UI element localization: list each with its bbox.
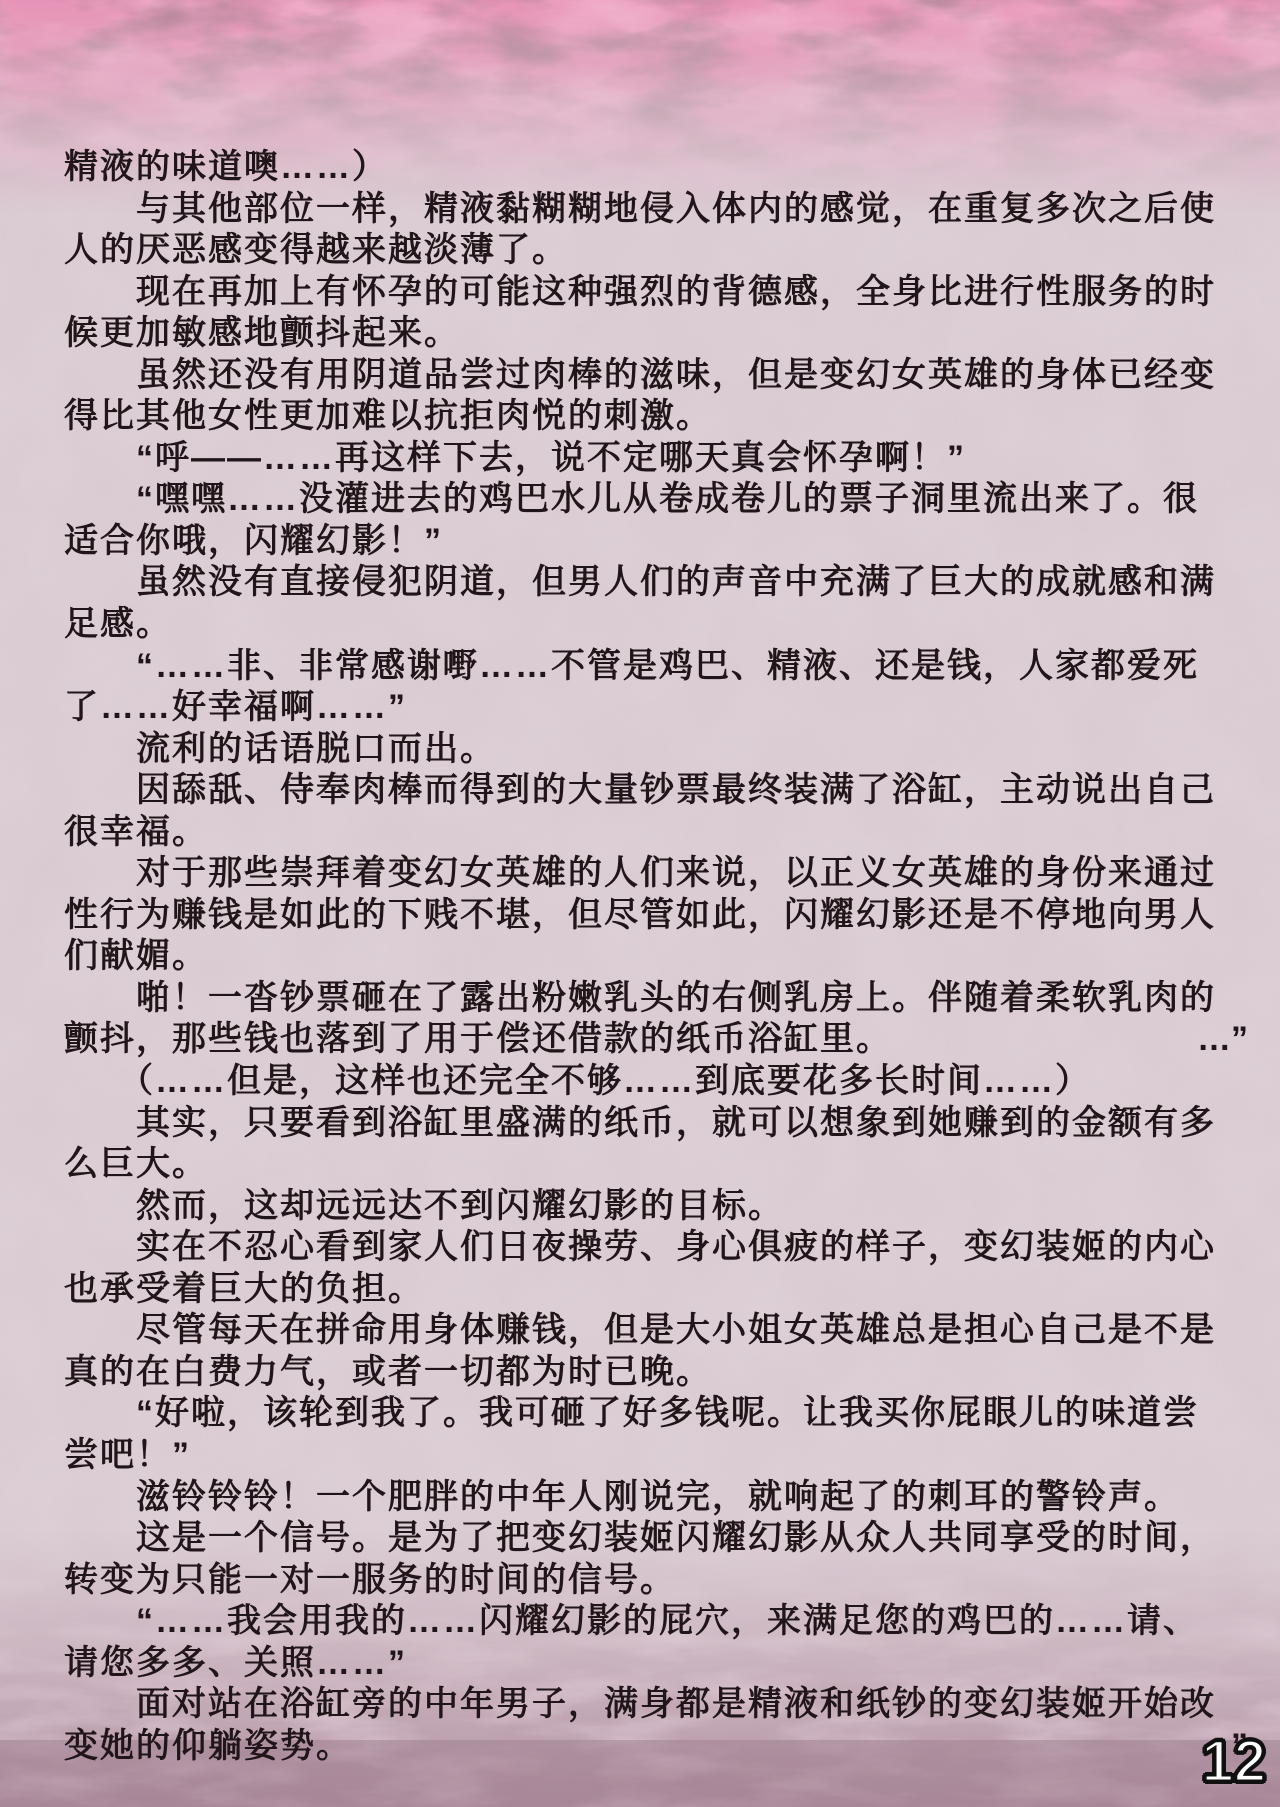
- text-line: 适合你哦，闪耀幻影！”: [64, 521, 1250, 563]
- text-line: 么巨大。: [64, 1144, 1250, 1186]
- text-line-content: “……非、非常感谢嘢……不管是鸡巴、精液、还是钱，人家都爱死: [64, 646, 1199, 688]
- text-line: 变她的仰躺姿势。”: [64, 1726, 1250, 1768]
- text-line: 精液的味道噢……）: [64, 147, 1250, 189]
- text-line-content: 颤抖，那些钱也落到了用于偿还借款的纸币浴缸里。: [64, 1019, 892, 1061]
- text-line-content: 然而，这却远远达不到闪耀幻影的目标。: [64, 1186, 784, 1228]
- text-line-content: 与其他部位一样，精液黏糊糊地侵入体内的感觉，在重复多次之后使: [64, 189, 1216, 231]
- text-line: 啪！一沓钞票砸在了露出粉嫩乳头的右侧乳房上。伴随着柔软乳肉的: [64, 978, 1250, 1020]
- text-line: 们献媚。: [64, 936, 1250, 978]
- text-line: 候更加敏感地颤抖起来。: [64, 313, 1250, 355]
- text-line-content: 对于那些崇拜着变幻女英雄的人们来说，以正义女英雄的身份来通过: [64, 853, 1216, 895]
- text-line-content: 转变为只能一对一服务的时间的信号。: [64, 1560, 676, 1602]
- body-text: 精液的味道噢……） 与其他部位一样，精液黏糊糊地侵入体内的感觉，在重复多次之后使…: [64, 147, 1250, 1767]
- text-line: “嘿嘿……没灌进去的鸡巴水儿从卷成卷儿的票子洞里流出来了。很: [64, 479, 1250, 521]
- text-line: “……我会用我的……闪耀幻影的屁穴，来满足您的鸡巴的……请、: [64, 1601, 1250, 1643]
- text-line-content: 这是一个信号。是为了把变幻装姬闪耀幻影从众人共同享受的时间，: [64, 1518, 1216, 1560]
- novel-page: 精液的味道噢……） 与其他部位一样，精液黏糊糊地侵入体内的感觉，在重复多次之后使…: [0, 0, 1280, 1807]
- text-line: 转变为只能一对一服务的时间的信号。: [64, 1560, 1250, 1602]
- text-line: “好啦，该轮到我了。我可砸了好多钱呢。让我买你屁眼儿的味道尝: [64, 1393, 1250, 1435]
- text-line-content: 们献媚。: [64, 936, 208, 978]
- text-line: 对于那些崇拜着变幻女英雄的人们来说，以正义女英雄的身份来通过: [64, 853, 1250, 895]
- text-line-content: “……我会用我的……闪耀幻影的屁穴，来满足您的鸡巴的……请、: [64, 1601, 1199, 1643]
- page-number: 12: [1201, 1728, 1266, 1795]
- text-line: 因舔舐、侍奉肉棒而得到的大量钞票最终装满了浴缸，主动说出自己: [64, 770, 1250, 812]
- text-line: 尝吧！”: [64, 1435, 1250, 1477]
- text-line: 滋铃铃铃！一个肥胖的中年人刚说完，就响起了的刺耳的警铃声。: [64, 1477, 1250, 1519]
- text-line-content: 啪！一沓钞票砸在了露出粉嫩乳头的右侧乳房上。伴随着柔软乳肉的: [64, 978, 1216, 1020]
- text-line: （……但是，这样也还完全不够……到底要花多长时间……）: [64, 1061, 1250, 1103]
- text-line-content: 尝吧！”: [64, 1435, 191, 1477]
- text-line-content: “嘿嘿……没灌进去的鸡巴水儿从卷成卷儿的票子洞里流出来了。很: [64, 479, 1199, 521]
- text-line-content: 性行为赚钱是如此的下贱不堪，但尽管如此，闪耀幻影还是不停地向男人: [64, 895, 1216, 937]
- text-line: 实在不忍心看到家人们日夜操劳、身心俱疲的样子，变幻装姬的内心: [64, 1227, 1250, 1269]
- text-line: 颤抖，那些钱也落到了用于偿还借款的纸币浴缸里。…”: [64, 1019, 1250, 1061]
- text-line-right-fragment: …”: [1197, 1019, 1248, 1061]
- text-line-content: 适合你哦，闪耀幻影！”: [64, 521, 443, 563]
- text-line: “……非、非常感谢嘢……不管是鸡巴、精液、还是钱，人家都爱死: [64, 646, 1250, 688]
- text-line-content: 请您多多、关照……”: [64, 1643, 407, 1685]
- text-line-content: 实在不忍心看到家人们日夜操劳、身心俱疲的样子，变幻装姬的内心: [64, 1227, 1216, 1269]
- text-line-content: “呼——……再这样下去，说不定哪天真会怀孕啊！”: [64, 438, 966, 480]
- text-line-content: 流利的话语脱口而出。: [64, 729, 496, 771]
- text-line-content: 虽然没有直接侵犯阴道，但男人们的声音中充满了巨大的成就感和满: [64, 562, 1216, 604]
- text-line: 尽管每天在拼命用身体赚钱，但是大小姐女英雄总是担心自己是不是: [64, 1310, 1250, 1352]
- text-line: 虽然没有直接侵犯阴道，但男人们的声音中充满了巨大的成就感和满: [64, 562, 1250, 604]
- text-line-content: 尽管每天在拼命用身体赚钱，但是大小姐女英雄总是担心自己是不是: [64, 1310, 1216, 1352]
- text-lines: 精液的味道噢……） 与其他部位一样，精液黏糊糊地侵入体内的感觉，在重复多次之后使…: [64, 147, 1250, 1767]
- text-line-content: 足感。: [64, 604, 172, 646]
- text-line: 性行为赚钱是如此的下贱不堪，但尽管如此，闪耀幻影还是不停地向男人: [64, 895, 1250, 937]
- text-line-content: 得比其他女性更加难以抗拒肉悦的刺激。: [64, 396, 712, 438]
- text-line: 请您多多、关照……”: [64, 1643, 1250, 1685]
- text-line-content: 真的在白费力气，或者一切都为时已晚。: [64, 1352, 712, 1394]
- text-line-content: 了……好幸福啊……”: [64, 687, 407, 729]
- text-line: 足感。: [64, 604, 1250, 646]
- text-line-content: 也承受着巨大的负担。: [64, 1269, 424, 1311]
- text-line: 与其他部位一样，精液黏糊糊地侵入体内的感觉，在重复多次之后使: [64, 189, 1250, 231]
- text-line: 虽然还没有用阴道品尝过肉棒的滋味，但是变幻女英雄的身体已经变: [64, 355, 1250, 397]
- text-line: 也承受着巨大的负担。: [64, 1269, 1250, 1311]
- text-line: 人的厌恶感变得越来越淡薄了。: [64, 230, 1250, 272]
- text-line: 了……好幸福啊……”: [64, 687, 1250, 729]
- text-line: 然而，这却远远达不到闪耀幻影的目标。: [64, 1186, 1250, 1228]
- text-line: 其实，只要看到浴缸里盛满的纸币，就可以想象到她赚到的金额有多: [64, 1103, 1250, 1145]
- text-line: 面对站在浴缸旁的中年男子，满身都是精液和纸钞的变幻装姬开始改: [64, 1684, 1250, 1726]
- text-line-content: 面对站在浴缸旁的中年男子，满身都是精液和纸钞的变幻装姬开始改: [64, 1684, 1216, 1726]
- text-line-content: 因舔舐、侍奉肉棒而得到的大量钞票最终装满了浴缸，主动说出自己: [64, 770, 1216, 812]
- text-line-content: 精液的味道噢……）: [64, 147, 388, 189]
- text-line: 流利的话语脱口而出。: [64, 729, 1250, 771]
- text-line-content: 变她的仰躺姿势。: [64, 1726, 352, 1768]
- text-line-content: 人的厌恶感变得越来越淡薄了。: [64, 230, 568, 272]
- text-line-content: 现在再加上有怀孕的可能这种强烈的背德感，全身比进行性服务的时: [64, 272, 1216, 314]
- text-line: 很幸福。: [64, 812, 1250, 854]
- text-line-content: “好啦，该轮到我了。我可砸了好多钱呢。让我买你屁眼儿的味道尝: [64, 1393, 1199, 1435]
- text-line-content: 么巨大。: [64, 1144, 208, 1186]
- text-line-content: 虽然还没有用阴道品尝过肉棒的滋味，但是变幻女英雄的身体已经变: [64, 355, 1216, 397]
- text-line-content: 候更加敏感地颤抖起来。: [64, 313, 460, 355]
- text-line: 得比其他女性更加难以抗拒肉悦的刺激。: [64, 396, 1250, 438]
- text-line-content: 很幸福。: [64, 812, 208, 854]
- text-line-content: （……但是，这样也还完全不够……到底要花多长时间……）: [64, 1061, 1091, 1103]
- text-line-content: 滋铃铃铃！一个肥胖的中年人刚说完，就响起了的刺耳的警铃声。: [64, 1477, 1180, 1519]
- text-line: 现在再加上有怀孕的可能这种强烈的背德感，全身比进行性服务的时: [64, 272, 1250, 314]
- text-line: 真的在白费力气，或者一切都为时已晚。: [64, 1352, 1250, 1394]
- text-line-content: 其实，只要看到浴缸里盛满的纸币，就可以想象到她赚到的金额有多: [64, 1103, 1216, 1145]
- text-line: “呼——……再这样下去，说不定哪天真会怀孕啊！”: [64, 438, 1250, 480]
- text-line: 这是一个信号。是为了把变幻装姬闪耀幻影从众人共同享受的时间，: [64, 1518, 1250, 1560]
